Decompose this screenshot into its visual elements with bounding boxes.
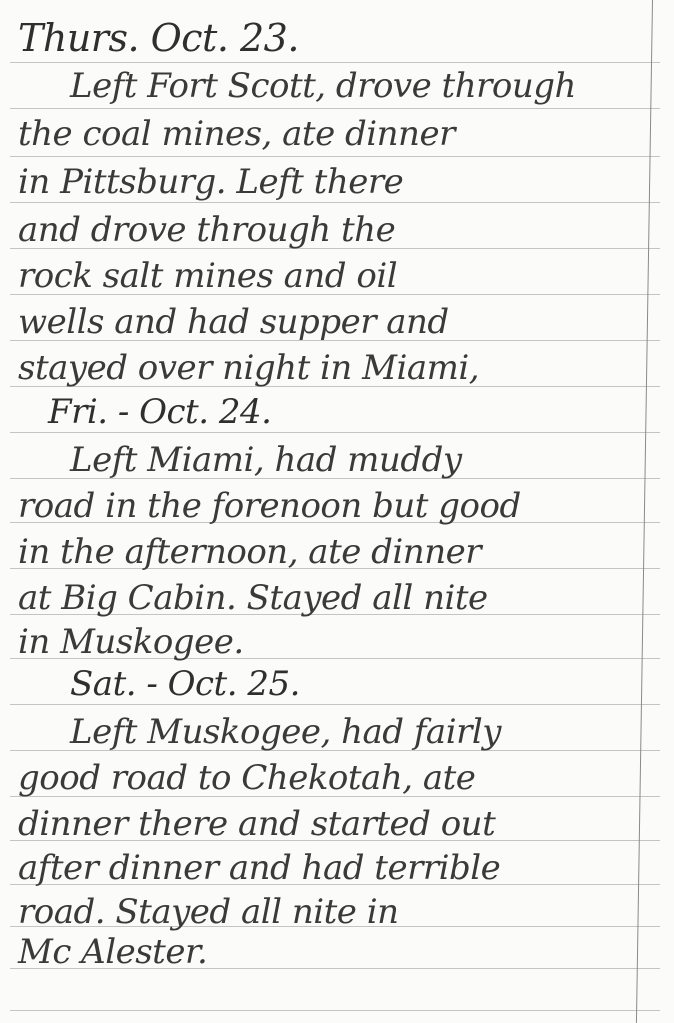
entry-line: after dinner and had terrible (18, 848, 500, 888)
entry-line: the coal mines, ate dinner (18, 114, 455, 154)
ruled-line (10, 62, 660, 63)
right-margin-line (636, 0, 653, 1023)
ruled-line (10, 156, 660, 157)
entry-line: and drove through the (18, 210, 395, 250)
entry-line: wells and had supper and (18, 302, 449, 342)
entry-line: rock salt mines and oil (18, 256, 397, 296)
entry-line: dinner there and started out (18, 804, 495, 844)
entry-line: road. Stayed all nite in (18, 892, 398, 932)
ruled-line (10, 432, 660, 433)
entry-line: in the afternoon, ate dinner (18, 532, 481, 572)
ruled-line (10, 704, 660, 705)
entry-date: Sat. - Oct. 25. (70, 664, 300, 704)
ruled-line (10, 202, 660, 203)
entry-line: in Pittsburg. Left there (18, 162, 403, 202)
entry-line: Left Miami, had muddy (70, 440, 462, 480)
ruled-line (10, 1010, 660, 1011)
entry-line: Left Fort Scott, drove through (70, 66, 576, 106)
entry-line: Left Muskogee, had fairly (70, 712, 501, 752)
entry-line: in Muskogee. (18, 622, 244, 662)
entry-date: Thurs. Oct. 23. (18, 18, 299, 58)
entry-line: good road to Chekotah, ate (18, 758, 475, 798)
journal-page: Thurs. Oct. 23. Left Fort Scott, drove t… (0, 0, 674, 1023)
entry-line: at Big Cabin. Stayed all nite (18, 578, 488, 618)
entry-date: Fri. - Oct. 24. (48, 392, 271, 432)
entry-line: stayed over night in Miami, (18, 348, 479, 388)
ruled-line (10, 108, 660, 109)
entry-line: Mc Alester. (18, 932, 207, 972)
entry-line: road in the forenoon but good (18, 486, 521, 526)
